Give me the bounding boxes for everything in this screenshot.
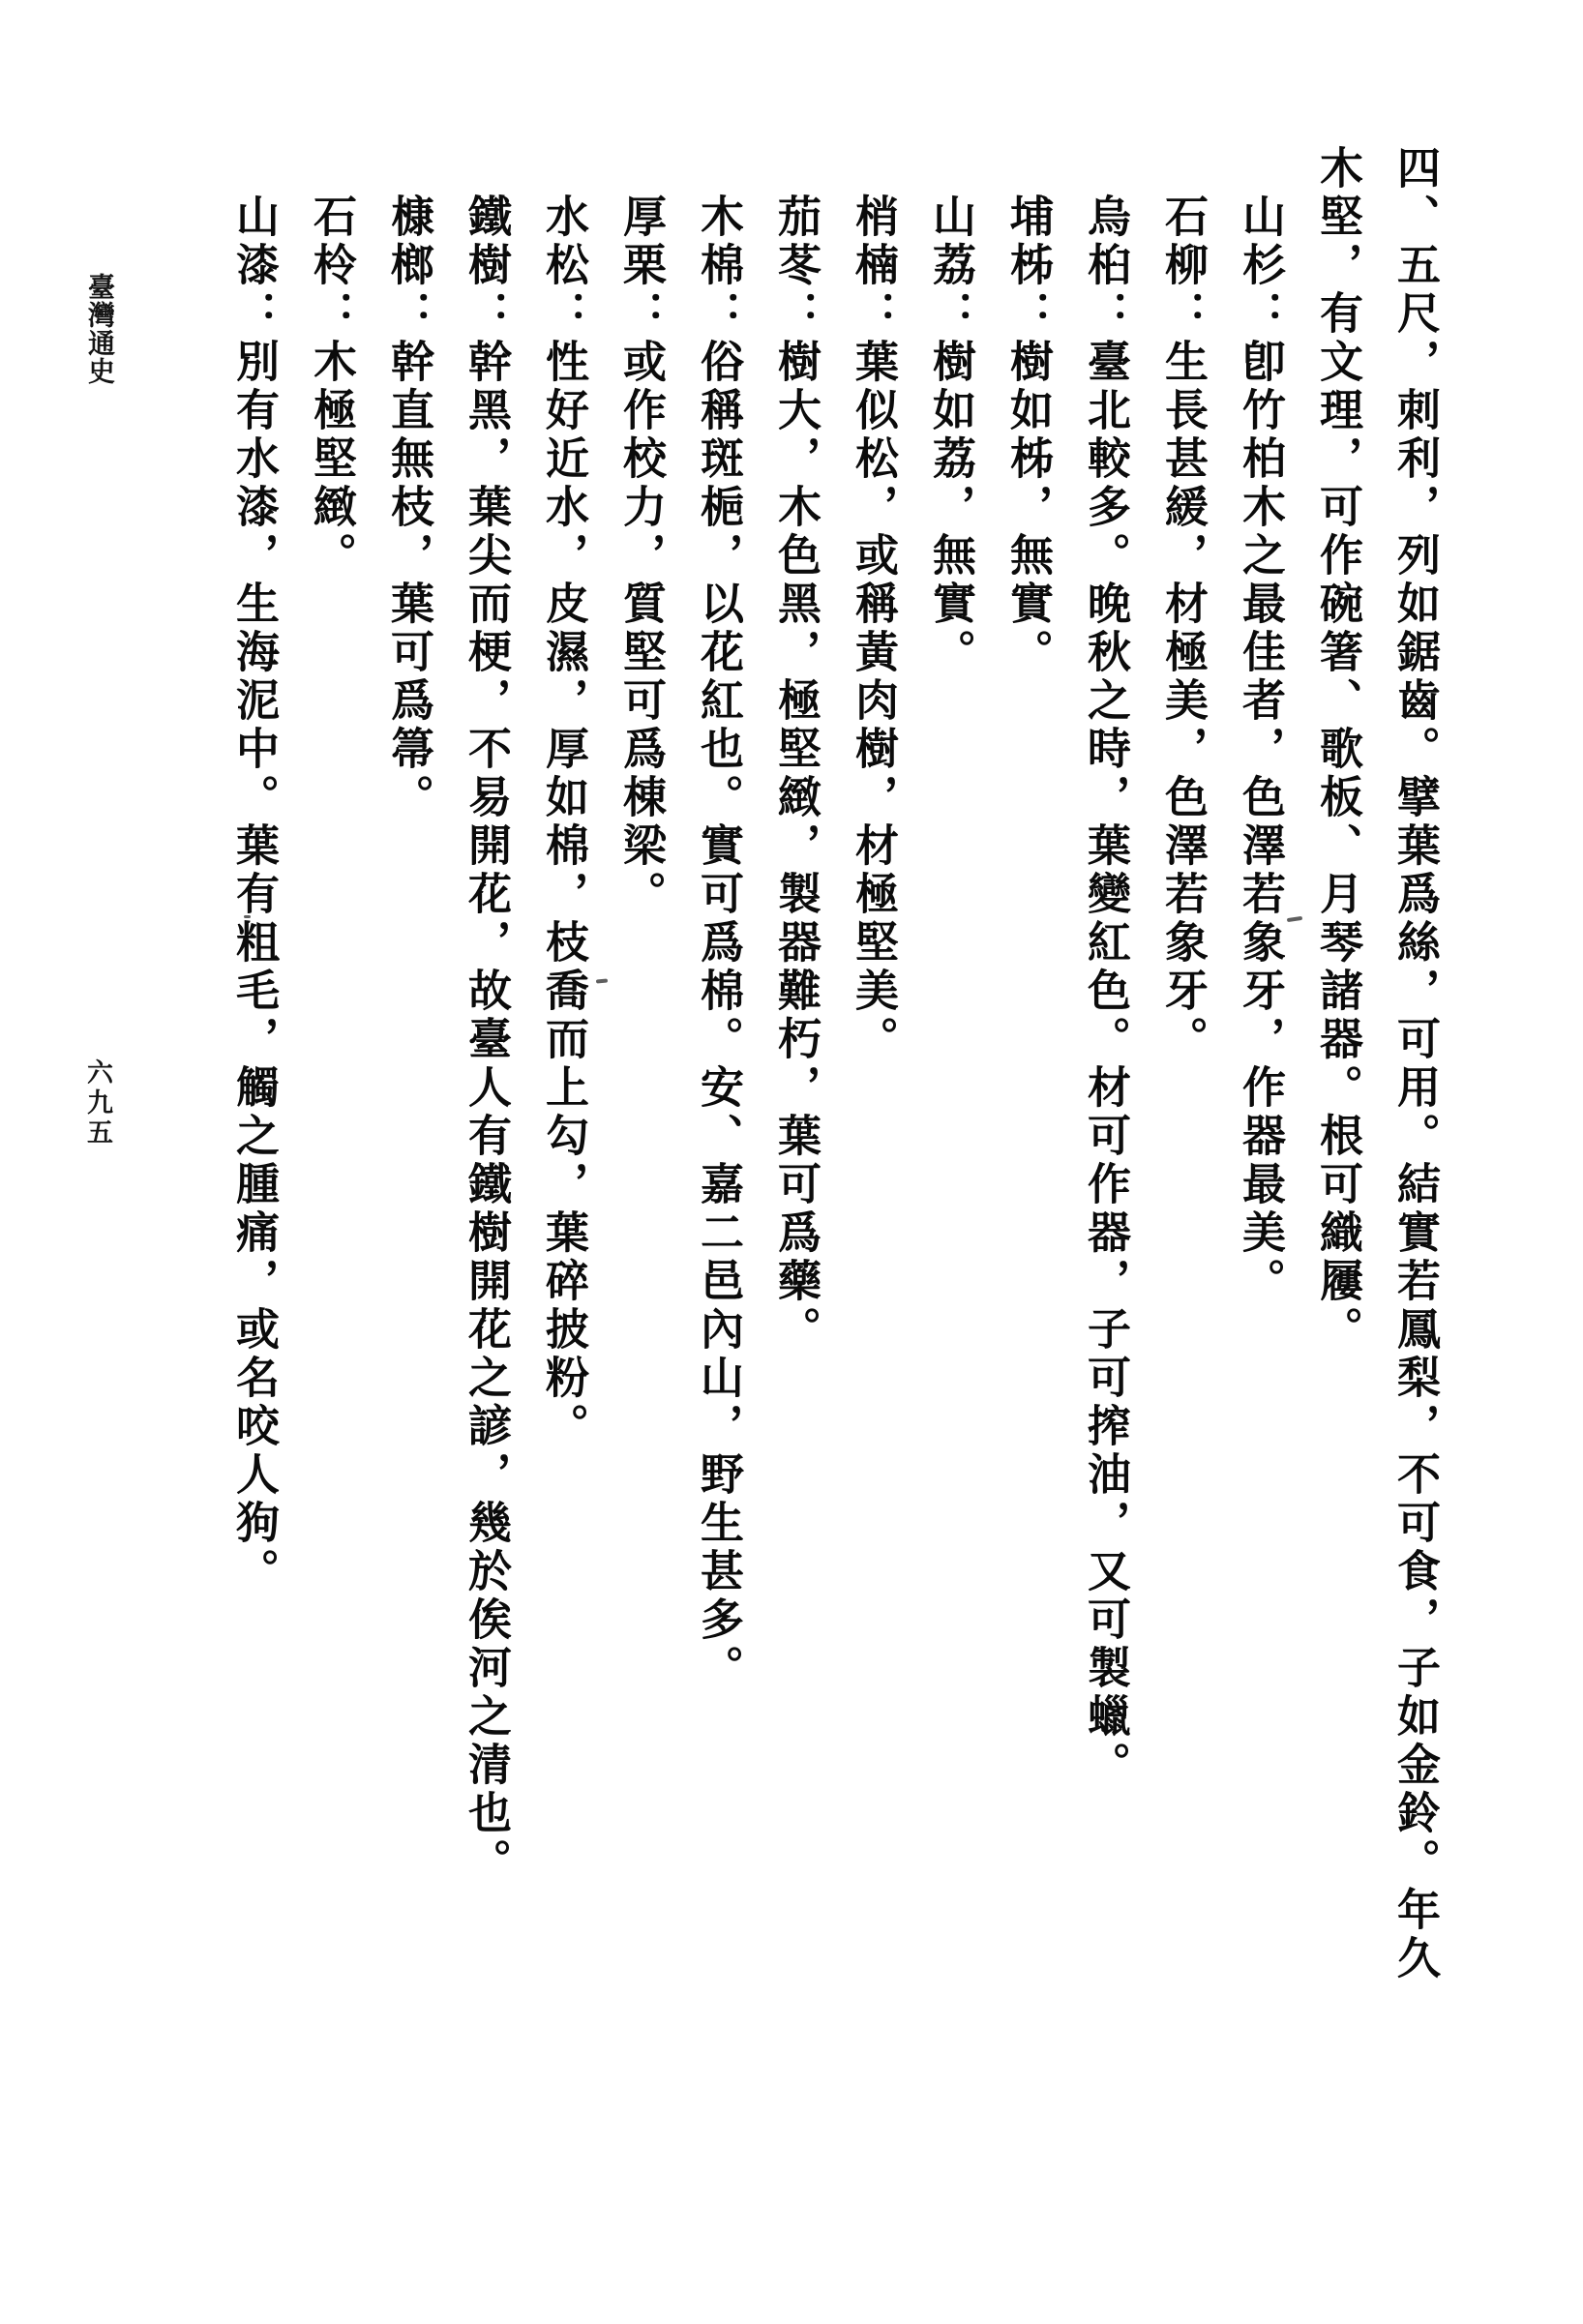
page-number: 六九五 bbox=[81, 1058, 114, 1148]
text-column: 木棉：俗稱斑梔，以花紅也。實可爲棉。安、嘉二邑內山，野生甚多。 bbox=[679, 145, 757, 1983]
text-column: 鐵樹：幹黑，葉尖而梗，不易開花，故臺人有鐵樹開花之諺，幾於俟河之清也。 bbox=[447, 145, 524, 1983]
book-title: 臺灣通史 bbox=[81, 273, 116, 385]
text-column: 槺榔：幹直無枝，葉可爲箒。 bbox=[370, 145, 447, 1983]
main-text-block: 四、五尺，刺利，列如鋸齒。擘葉爲絲，可用。結實若鳳梨，不可食，子如金鈴。年久 木… bbox=[215, 145, 1453, 1983]
text-column: 石柃：木極堅緻。 bbox=[292, 145, 370, 1983]
scan-artifact bbox=[244, 915, 251, 918]
text-column: 木堅，有文理，可作碗箸、歌板、月琴諸器。根可織屨。 bbox=[1299, 145, 1376, 1983]
text-column: 山漆：別有水漆，生海泥中。葉有粗毛，觸之腫痛，或名咬人狗。 bbox=[215, 145, 292, 1983]
text-column: 山杉：卽竹柏木之最佳者，色澤若象牙，作器最美。 bbox=[1221, 145, 1299, 1983]
book-page-scan: 四、五尺，刺利，列如鋸齒。擘葉爲絲，可用。結實若鳳梨，不可食，子如金鈴。年久 木… bbox=[0, 0, 1583, 2324]
text-column: 石柳：生長甚緩，材極美，色澤若象牙。 bbox=[1144, 145, 1221, 1983]
text-column: 梢楠：葉似松，或稱黃肉樹，材極堅美。 bbox=[834, 145, 911, 1983]
text-column: 厚栗：或作校力，質堅可爲棟梁。 bbox=[602, 145, 679, 1983]
text-column: 茄苳：樹大，木色黑，極堅緻，製器難朽，葉可爲藥。 bbox=[757, 145, 834, 1983]
text-column: 埔柹：樹如柹，無實。 bbox=[989, 145, 1066, 1983]
text-column: 水松：性好近水，皮濕，厚如棉，枝喬而上勾，葉碎披粉。 bbox=[524, 145, 602, 1983]
text-column: 四、五尺，刺利，列如鋸齒。擘葉爲絲，可用。結實若鳳梨，不可食，子如金鈴。年久 bbox=[1376, 145, 1453, 1983]
text-column: 山荔：樹如荔，無實。 bbox=[911, 145, 989, 1983]
text-column: 烏桕：臺北較多。晚秋之時，葉變紅色。材可作器，子可搾油，又可製蠟。 bbox=[1066, 145, 1144, 1983]
